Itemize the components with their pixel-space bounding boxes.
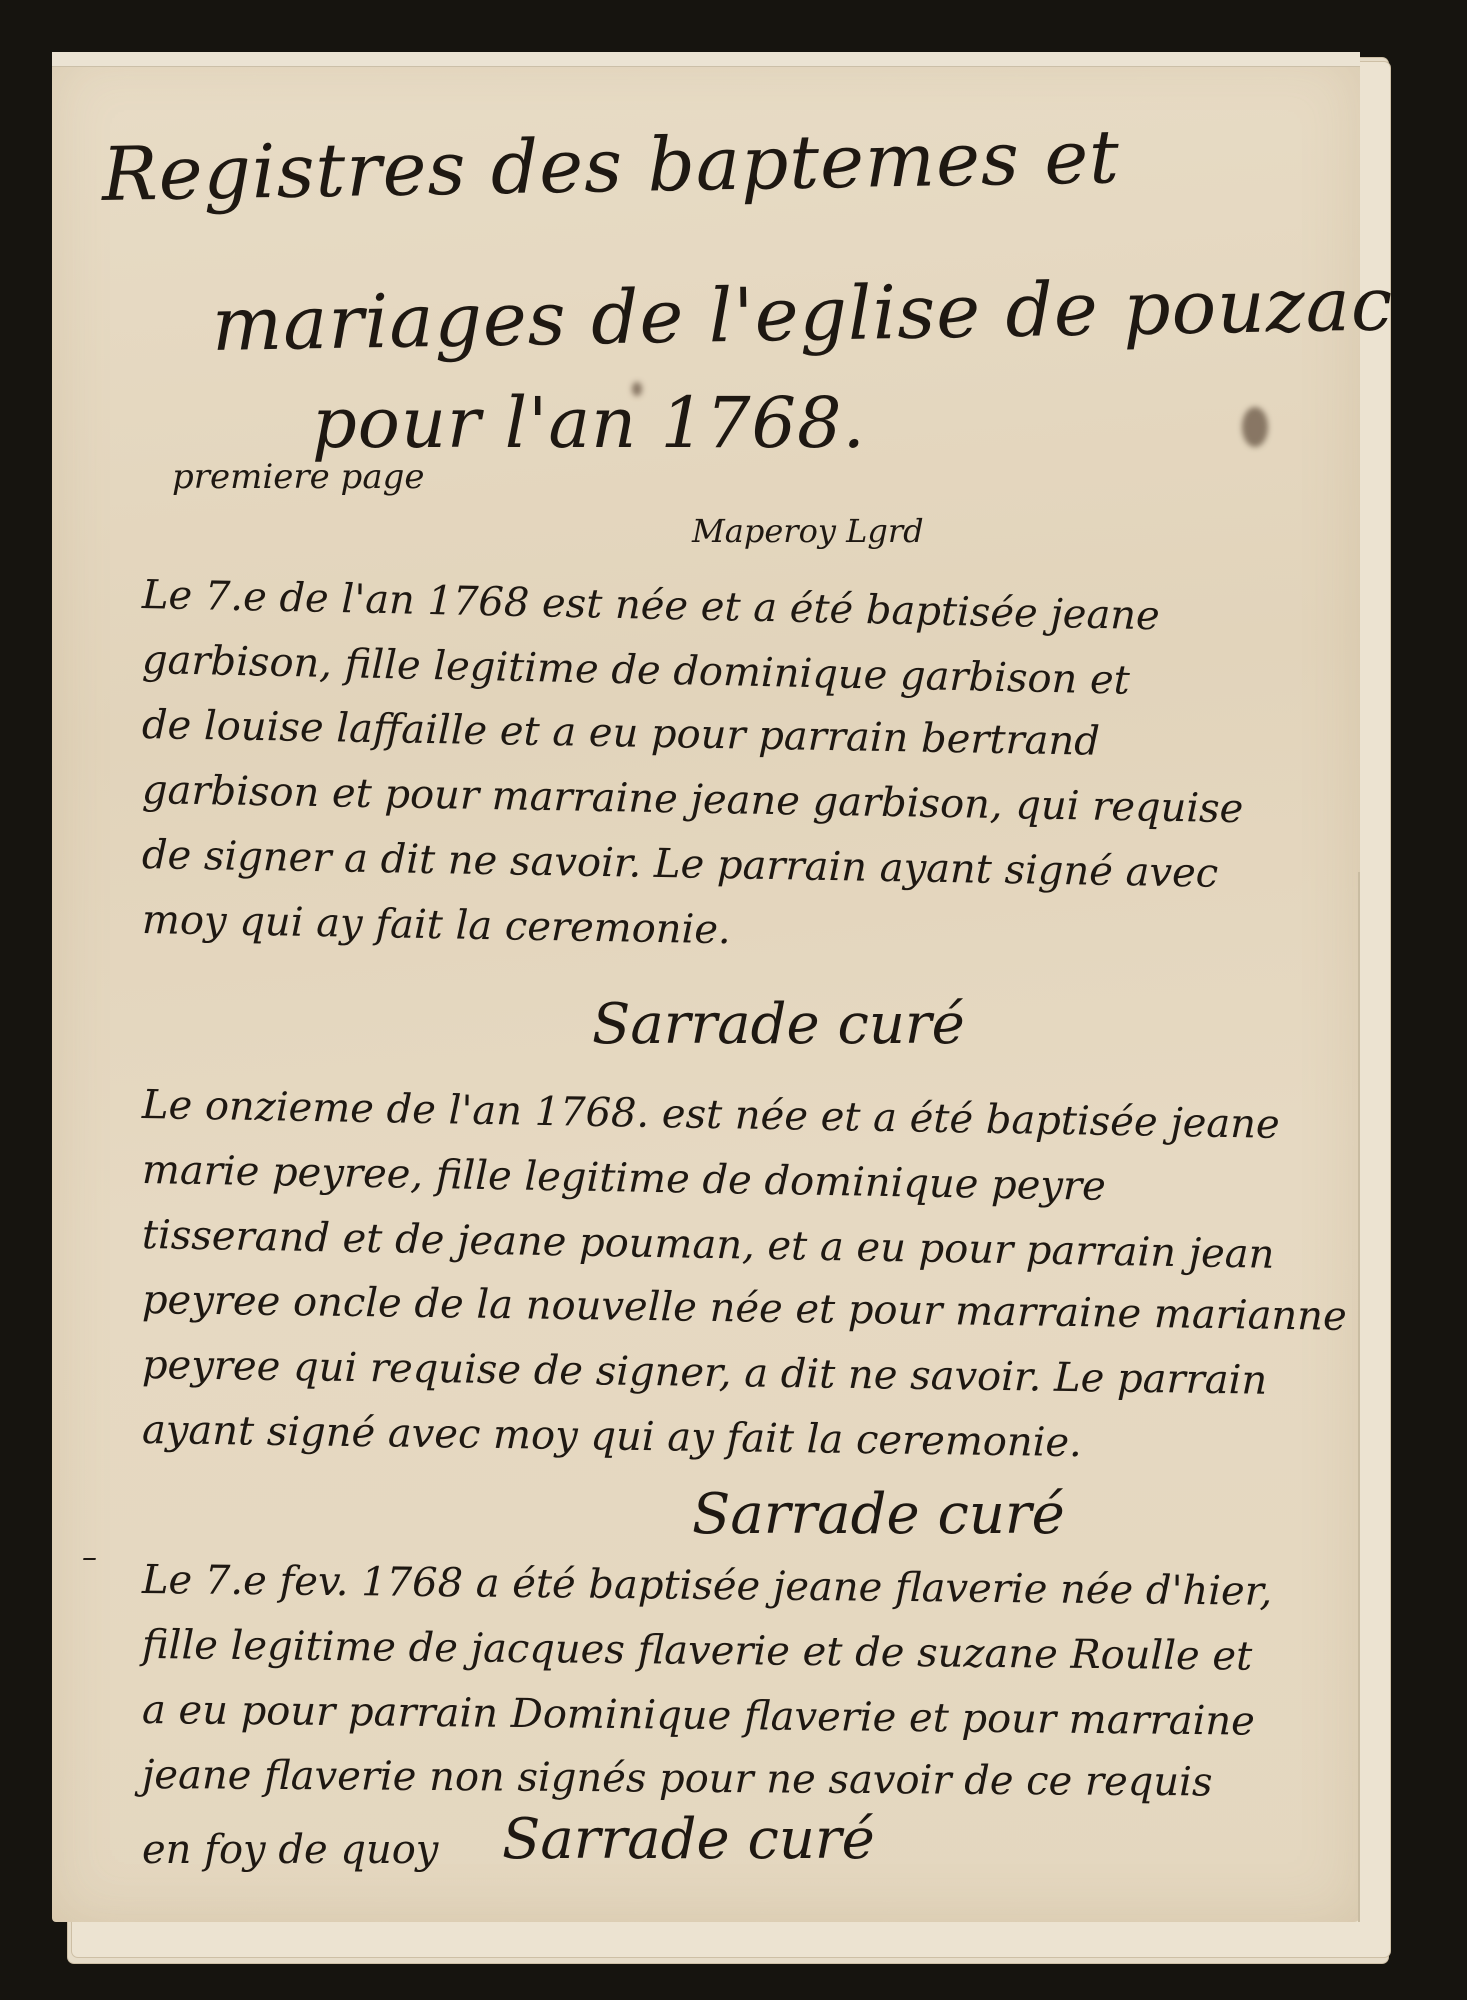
entry-1-line-6: moy qui ay fait la ceremonie. (142, 897, 731, 953)
entry-3-line-2: fille legitime de jacques flaverie et de… (142, 1622, 1253, 1680)
margin-annotation: Maperoy Lgrd (692, 512, 924, 550)
entry-2-line-4: peyree oncle de la nouvelle née et pour … (142, 1277, 1347, 1340)
entry-2-line-6: ayant signé avec moy qui ay fait la cere… (142, 1407, 1082, 1466)
register-page: Registres des baptemes et mariages de l'… (52, 52, 1360, 1922)
entry-2-line-3: tisserand et de jeane pouman, et a eu po… (142, 1212, 1275, 1278)
entry-marker-dash: – (82, 1540, 97, 1575)
entry-1-signature: Sarrade curé (592, 992, 965, 1057)
entry-1-line-3: de louise laffaille et a eu pour parrain… (142, 702, 1101, 765)
handwritten-text: Registres des baptemes et mariages de l'… (52, 52, 1360, 1922)
entry-3-line-3: a eu pour parrain Dominique flaverie et … (142, 1687, 1255, 1745)
entry-2-line-5: peyree qui requise de signer, a dit ne s… (142, 1342, 1268, 1404)
entry-3-signature: Sarrade curé (502, 1807, 875, 1872)
entry-2-line-1: Le onzieme de l'an 1768. est née et a ét… (142, 1082, 1280, 1148)
entry-1-line-1: Le 7.e de l'an 1768 est née et a été bap… (142, 572, 1161, 639)
entry-2-line-2: marie peyree, fille legitime de dominiqu… (142, 1147, 1107, 1210)
title-line-2: mariages de l'eglise de pouzac (211, 261, 1394, 368)
page-note: premiere page (172, 457, 424, 497)
entry-1-line-5: de signer a dit ne savoir. Le parrain ay… (142, 832, 1219, 897)
title-line-1: Registres des baptemes et (101, 114, 1120, 218)
entry-1-line-2: garbison, fille legitime de dominique ga… (142, 637, 1131, 704)
entry-3-line-5: en foy de quoy (142, 1827, 438, 1873)
entry-3-line-4: jeane flaverie non signés pour ne savoir… (142, 1752, 1213, 1805)
title-line-3: pour l'an 1768. (312, 382, 866, 464)
entry-1-line-4: garbison et pour marraine jeane garbison… (142, 767, 1244, 832)
entry-3-line-1: Le 7.e fev. 1768 a été baptisée jeane fl… (142, 1557, 1273, 1615)
entry-2-signature: Sarrade curé (692, 1482, 1065, 1547)
